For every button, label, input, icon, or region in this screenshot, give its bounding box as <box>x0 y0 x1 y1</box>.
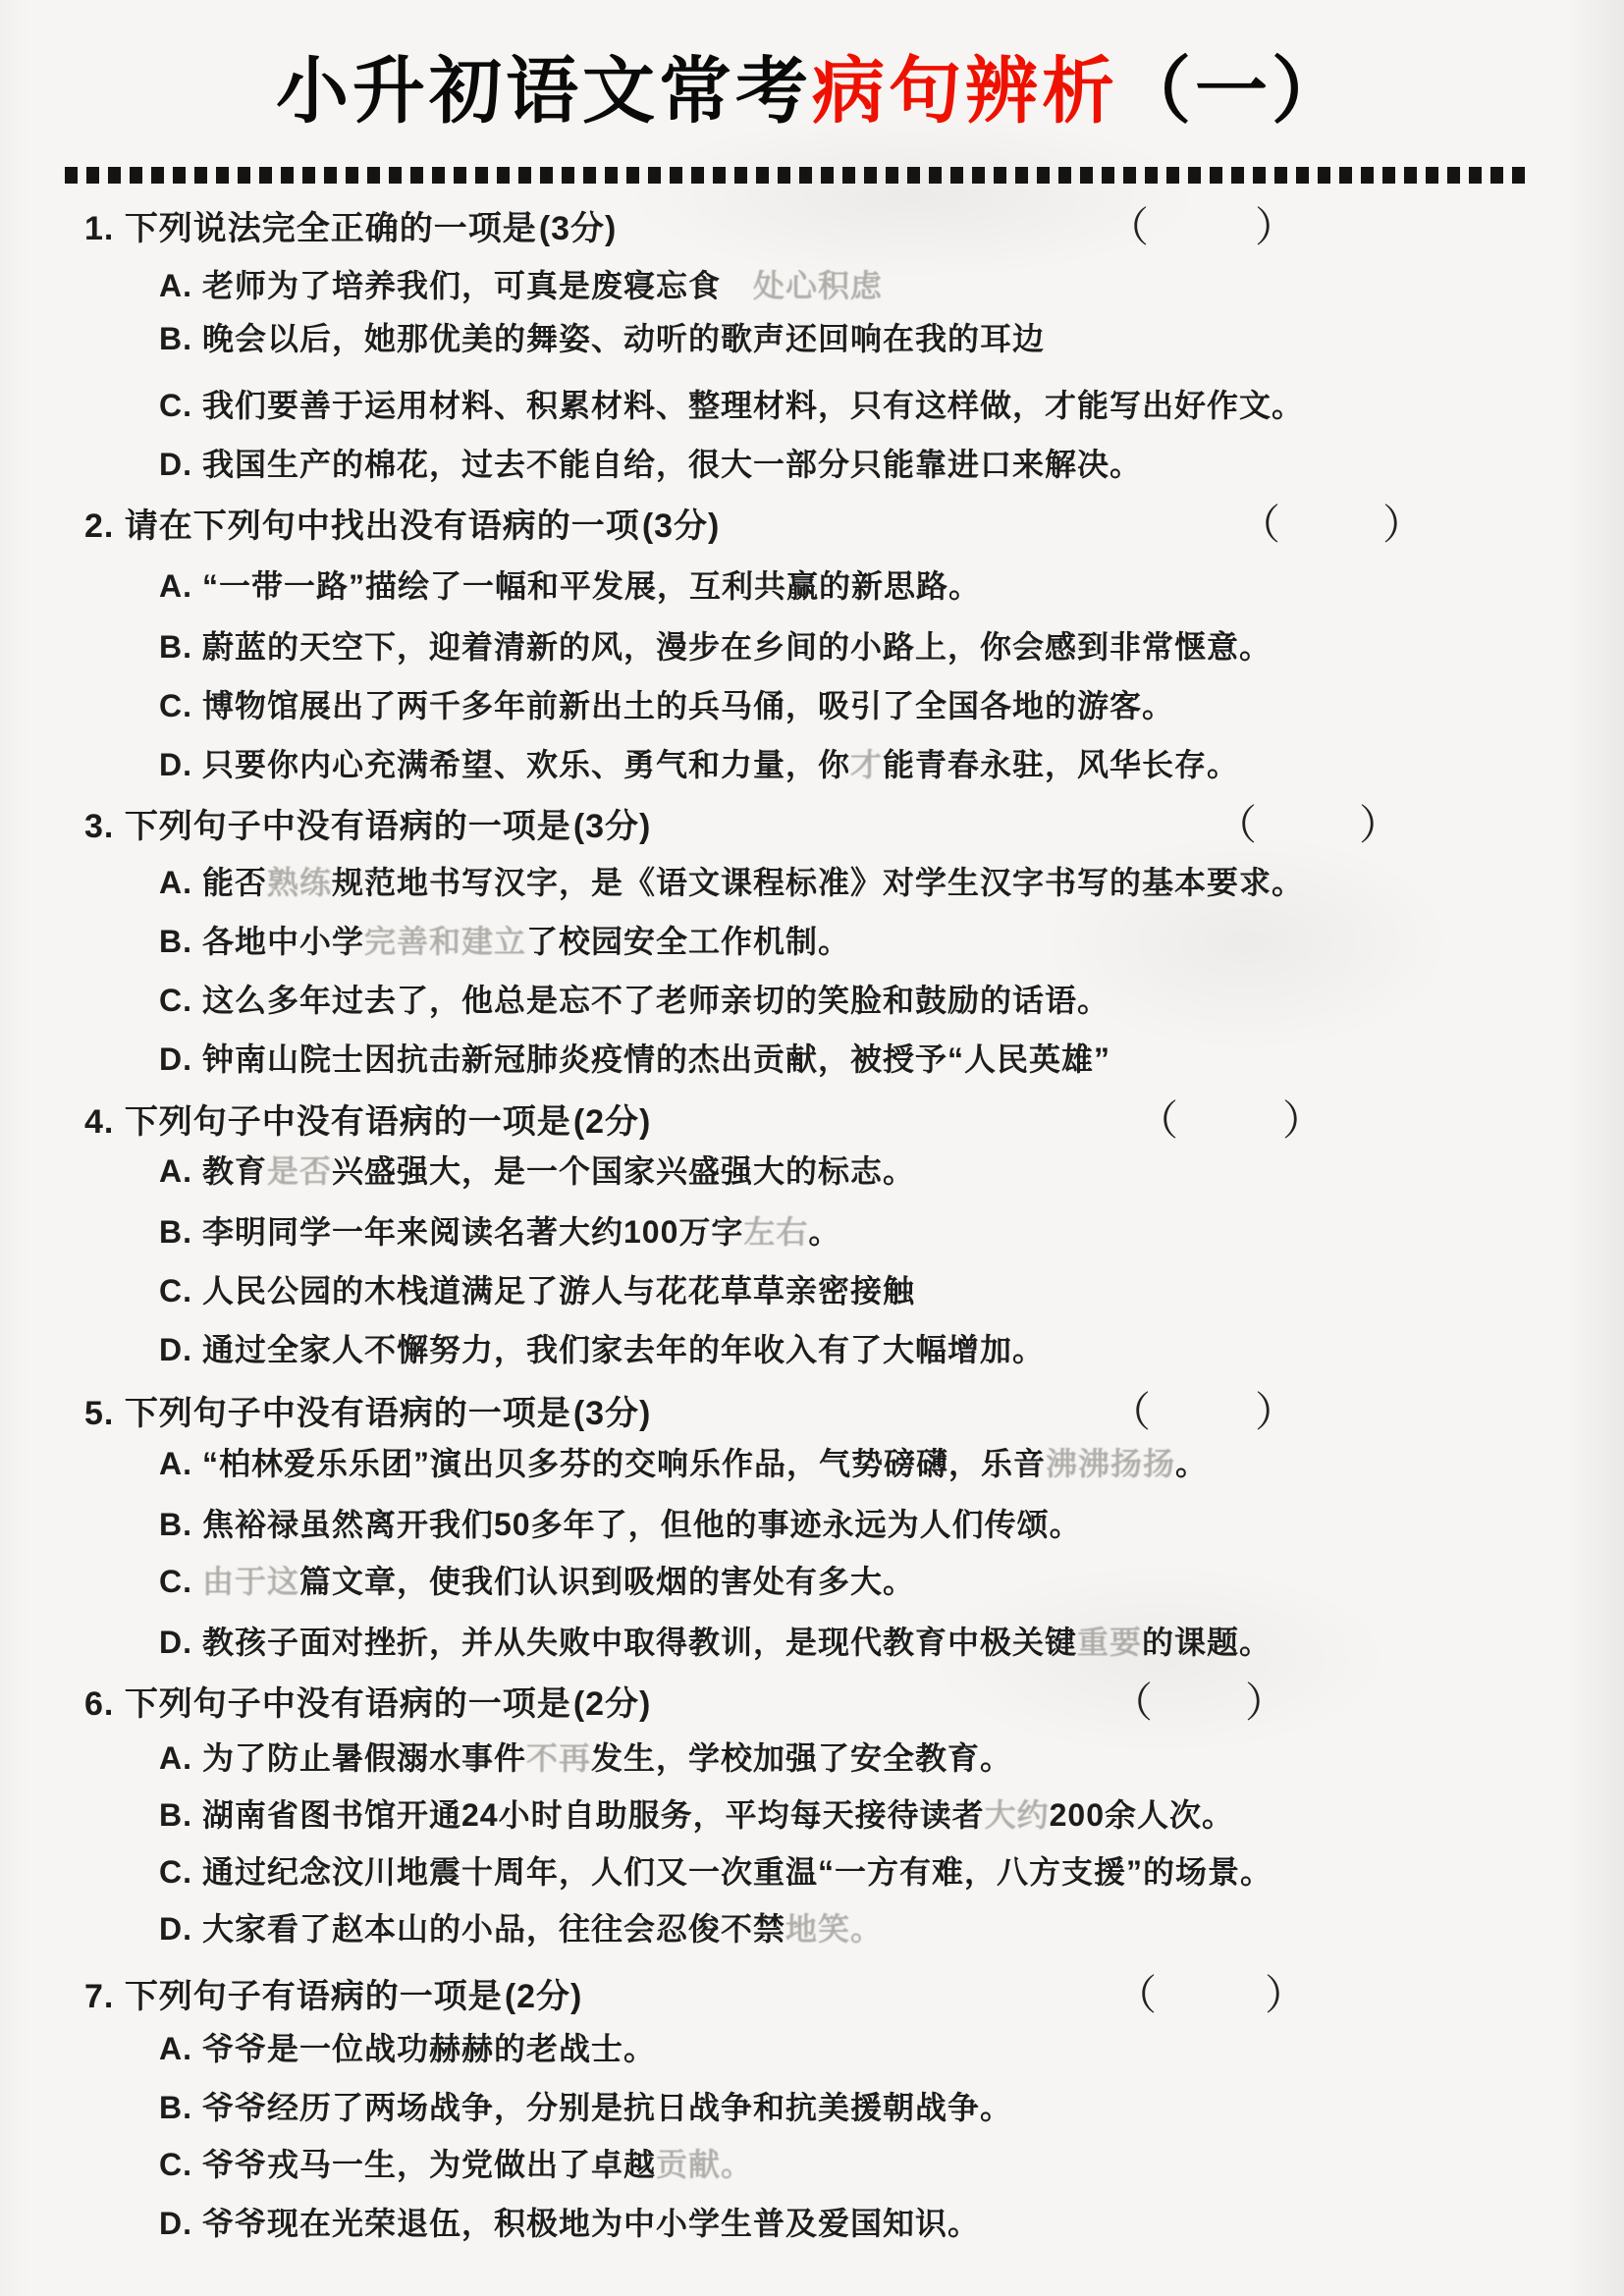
question-5-option-d: D.教孩子面对挫折，并从失败中取得教训，是现代教育中极关键重要的课题。 <box>159 1618 1272 1663</box>
question-7-option-c: C.爷爷戎马一生，为党做出了卓越贡献。 <box>159 2140 753 2185</box>
option-text: 发生，学校加强了安全教育。 <box>591 1740 1012 1776</box>
question-number: 2. <box>84 507 114 545</box>
title-black-segment: 小升初语文常考 <box>276 52 812 133</box>
option-text: “柏林爱乐乐团”演出贝多芬的交响乐作品，气势磅礴，乐音 <box>202 1446 1046 1481</box>
question-3-stem: 3. 下列句子中没有语病的一项是(3分) （ ） <box>84 799 1538 847</box>
question-3-option-d: D.钟南山院士因抗击新冠肺炎疫情的杰出贡献，被授予“人民英雄” <box>159 1035 1110 1080</box>
question-7-option-a: A.爷爷是一位战功赫赫的老战士。 <box>159 2024 656 2069</box>
option-text: 为了防止暑假溺水事件 <box>202 1740 526 1776</box>
option-text-faded: 才 <box>850 747 883 782</box>
option-text: 湖南省图书馆开通24小时自助服务，平均每天接待读者 <box>202 1797 985 1833</box>
option-text-faded: 熟练 <box>267 865 332 900</box>
option-text-faded: 是否 <box>267 1153 332 1189</box>
question-6-option-c: C.通过纪念汶川地震十周年，人们又一次重温“一方有难，八方支援”的场景。 <box>159 1847 1272 1893</box>
option-text: 教育 <box>202 1153 267 1189</box>
question-5-option-a: A.“柏林爱乐乐团”演出贝多芬的交响乐作品，气势磅礴，乐音沸沸扬扬。 <box>159 1439 1208 1484</box>
option-text-faded: 完善和建立 <box>364 924 526 959</box>
option-text-faded: 沸沸扬扬 <box>1046 1446 1175 1481</box>
question-score: (2分) <box>573 1685 652 1723</box>
question-text: 请在下列句中找出没有语病的一项 <box>125 507 640 545</box>
dotted-separator <box>65 167 1528 184</box>
option-label: C. <box>159 983 192 1018</box>
option-label: A. <box>159 1446 192 1481</box>
option-label: D. <box>159 2206 192 2241</box>
option-label: C. <box>159 388 192 423</box>
answer-bracket-close: ） <box>1359 793 1401 852</box>
option-text: 老师为了培养我们，可真是废寝忘食 <box>202 268 753 303</box>
option-text: 晚会以后，她那优美的舞姿、动听的歌声还回响在我的耳边 <box>202 321 1045 356</box>
option-text-faded: 不再 <box>526 1740 591 1776</box>
option-label: A. <box>159 568 192 604</box>
option-text: 焦裕禄虽然离开我们50多年了，但他的事迹永远为人们传颂。 <box>202 1507 1082 1542</box>
option-text: 我们要善于运用材料、积累材料、整理材料，只有这样做，才能写出好作文。 <box>202 388 1304 423</box>
question-2-stem: 2. 请在下列句中找出没有语病的一项(3分) （ ） <box>84 499 1538 547</box>
option-text: 只要你内心充满希望、欢乐、勇气和力量，你 <box>202 747 850 782</box>
question-2-option-a: A.“一带一路”描绘了一幅和平发展，互利共赢的新思路。 <box>159 561 981 607</box>
question-text: 下列句子中没有语病的一项是 <box>125 1395 571 1432</box>
option-text: 通过全家人不懈努力，我们家去年的年收入有了大幅增加。 <box>202 1332 1045 1367</box>
question-number: 4. <box>84 1103 114 1141</box>
option-label: D. <box>159 1332 192 1367</box>
option-text: 篇文章，使我们认识到吸烟的害处有多大。 <box>299 1564 915 1599</box>
question-4-option-c: C.人民公园的木栈道满足了游人与花花草草亲密接触 <box>159 1266 915 1311</box>
question-score: (2分) <box>573 1103 652 1141</box>
question-6-option-d: D.大家看了赵本山的小品，往往会忍俊不禁地笑。 <box>159 1904 883 1949</box>
question-7-option-d: D.爷爷现在光荣退伍，积极地为中小学生普及爱国知识。 <box>159 2199 980 2244</box>
option-label: B. <box>159 2090 192 2125</box>
answer-bracket-close: ） <box>1245 1671 1287 1730</box>
answer-bracket-open: （ <box>1111 1671 1154 1730</box>
option-label: A. <box>159 1153 192 1189</box>
option-label: B. <box>159 1507 192 1542</box>
option-label: B. <box>159 1797 192 1833</box>
option-label: D. <box>159 447 192 482</box>
question-4-option-a: A.教育是否兴盛强大，是一个国家兴盛强大的标志。 <box>159 1147 915 1192</box>
question-number: 6. <box>84 1685 114 1723</box>
question-1-option-d: D.我国生产的棉花，过去不能自给，很大一部分只能靠进口来解决。 <box>159 440 1142 485</box>
option-label: C. <box>159 1564 192 1599</box>
answer-bracket-close: ） <box>1255 1380 1297 1439</box>
option-text-faded: 重要 <box>1077 1625 1142 1660</box>
option-label: B. <box>159 924 192 959</box>
question-number: 1. <box>84 210 114 247</box>
question-1-option-b: B.晚会以后，她那优美的舞姿、动听的歌声还回响在我的耳边 <box>159 314 1045 359</box>
answer-bracket-open: （ <box>1216 793 1258 852</box>
question-7-option-b: B.爷爷经历了两场战争，分别是抗日战争和抗美援朝战争。 <box>159 2083 1012 2128</box>
answer-bracket-open: （ <box>1108 195 1150 254</box>
option-label: B. <box>159 629 192 665</box>
question-3-option-b: B.各地中小学完善和建立了校园安全工作机制。 <box>159 917 850 962</box>
question-text: 下列句子有语病的一项是 <box>125 1978 503 2015</box>
option-label: B. <box>159 321 192 356</box>
question-text: 下列句子中没有语病的一项是 <box>125 808 571 845</box>
question-text: 下列句子中没有语病的一项是 <box>125 1685 571 1723</box>
answer-bracket-close: ） <box>1282 1089 1325 1148</box>
option-text-faded: 左右 <box>743 1214 808 1250</box>
question-score: (3分) <box>573 808 652 845</box>
scanned-exam-page: 小升初语文常考病句辨析（一） 1. 下列说法完全正确的一项是(3分) （ ） A… <box>0 0 1624 2296</box>
option-text: 爷爷经历了两场战争，分别是抗日战争和抗美援朝战争。 <box>202 2090 1012 2125</box>
option-text-faded: 处心积虑 <box>753 268 883 303</box>
title-red-segment: 病句辨析 <box>812 52 1118 133</box>
answer-bracket-close: ） <box>1265 1963 1307 2022</box>
answer-bracket-open: （ <box>1110 1380 1152 1439</box>
question-5-stem: 5. 下列句子中没有语病的一项是(3分) （ ） <box>84 1386 1538 1434</box>
option-text: 能青春永驻，风华长存。 <box>883 747 1239 782</box>
option-label: D. <box>159 1625 192 1660</box>
option-label: A. <box>159 1740 192 1776</box>
question-6-option-b: B.湖南省图书馆开通24小时自助服务，平均每天接待读者大约200余人次。 <box>159 1790 1234 1836</box>
option-text: 能否 <box>202 865 267 900</box>
question-3-option-a: A.能否熟练规范地书写汉字，是《语文课程标准》对学生汉字书写的基本要求。 <box>159 858 1304 903</box>
question-number: 3. <box>84 808 114 845</box>
option-text: 兴盛强大，是一个国家兴盛强大的标志。 <box>332 1153 915 1189</box>
question-4-option-d: D.通过全家人不懈努力，我们家去年的年收入有了大幅增加。 <box>159 1325 1045 1370</box>
option-text: 大家看了赵本山的小品，往往会忍俊不禁 <box>202 1911 785 1947</box>
answer-bracket-open: （ <box>1239 493 1281 552</box>
question-score: (3分) <box>642 507 721 545</box>
answer-bracket-close: ） <box>1382 493 1425 552</box>
option-label: D. <box>159 1041 192 1077</box>
question-5-option-b: B.焦裕禄虽然离开我们50多年了，但他的事迹永远为人们传颂。 <box>159 1500 1082 1545</box>
option-label: D. <box>159 747 192 782</box>
option-label: D. <box>159 1911 192 1947</box>
option-text: 通过纪念汶川地震十周年，人们又一次重温“一方有难，八方支援”的场景。 <box>202 1854 1272 1890</box>
option-text: 爷爷是一位战功赫赫的老战士。 <box>202 2031 656 2066</box>
option-text: 教孩子面对挫折，并从失败中取得教训，是现代教育中极关键 <box>202 1625 1077 1660</box>
option-text: 人民公园的木栈道满足了游人与花花草草亲密接触 <box>202 1273 915 1308</box>
option-text-faded: 贡献。 <box>656 2147 753 2182</box>
option-text: 。 <box>1175 1446 1208 1481</box>
question-text: 下列句子中没有语病的一项是 <box>125 1103 571 1141</box>
option-label: A. <box>159 2031 192 2066</box>
question-number: 7. <box>84 1978 114 2015</box>
option-text: 了校园安全工作机制。 <box>526 924 850 959</box>
answer-bracket-close: ） <box>1255 195 1297 254</box>
option-text: 这么多年过去了，他总是忘不了老师亲切的笑脸和鼓励的话语。 <box>202 983 1110 1018</box>
option-text: 规范地书写汉字，是《语文课程标准》对学生汉字书写的基本要求。 <box>332 865 1304 900</box>
option-label: C. <box>159 1273 192 1308</box>
option-text: 200余人次。 <box>1050 1797 1234 1833</box>
option-label: C. <box>159 688 192 723</box>
option-label: B. <box>159 1214 192 1250</box>
option-text: 的课题。 <box>1142 1625 1272 1660</box>
option-label: C. <box>159 2147 192 2182</box>
answer-bracket-open: （ <box>1137 1089 1179 1148</box>
page-title: 小升初语文常考病句辨析（一） <box>0 33 1624 137</box>
question-5-option-c: C.由于这篇文章，使我们认识到吸烟的害处有多大。 <box>159 1557 915 1602</box>
question-2-option-b: B.蔚蓝的天空下，迎着清新的风，漫步在乡间的小路上，你会感到非常惬意。 <box>159 622 1272 667</box>
question-3-option-c: C.这么多年过去了，他总是忘不了老师亲切的笑脸和鼓励的话语。 <box>159 976 1110 1021</box>
option-text: 李明同学一年来阅读名著大约100万字 <box>202 1214 743 1250</box>
option-text: “一带一路”描绘了一幅和平发展，互利共赢的新思路。 <box>202 568 981 604</box>
question-7-stem: 7. 下列句子有语病的一项是(2分) （ ） <box>84 1969 1538 2017</box>
option-text-faded: 地笑。 <box>785 1911 883 1947</box>
answer-bracket-open: （ <box>1115 1963 1158 2022</box>
option-text-faded: 大约 <box>985 1797 1050 1833</box>
option-text: 爷爷戎马一生，为党做出了卓越 <box>202 2147 656 2182</box>
question-1-option-c: C.我们要善于运用材料、积累材料、整理材料，只有这样做，才能写出好作文。 <box>159 381 1304 426</box>
option-text-faded: 由于这 <box>202 1564 299 1599</box>
option-label: A. <box>159 865 192 900</box>
question-1-option-a: A.老师为了培养我们，可真是废寝忘食 处心积虑 <box>159 261 883 306</box>
title-suffix-segment: （一） <box>1118 52 1348 133</box>
option-label: C. <box>159 1854 192 1890</box>
option-label: A. <box>159 268 192 303</box>
option-text: 各地中小学 <box>202 924 364 959</box>
option-text: 蔚蓝的天空下，迎着清新的风，漫步在乡间的小路上，你会感到非常惬意。 <box>202 629 1272 665</box>
question-4-stem: 4. 下列句子中没有语病的一项是(2分) （ ） <box>84 1095 1538 1143</box>
question-number: 5. <box>84 1395 114 1432</box>
option-text: 我国生产的棉花，过去不能自给，很大一部分只能靠进口来解决。 <box>202 447 1142 482</box>
question-score: (3分) <box>539 210 618 247</box>
question-1-stem: 1. 下列说法完全正确的一项是(3分) （ ） <box>84 201 1538 249</box>
question-4-option-b: B.李明同学一年来阅读名著大约100万字左右。 <box>159 1207 840 1253</box>
option-text: 爷爷现在光荣退伍，积极地为中小学生普及爱国知识。 <box>202 2206 980 2241</box>
question-2-option-c: C.博物馆展出了两千多年前新出土的兵马俑，吸引了全国各地的游客。 <box>159 681 1174 726</box>
question-text: 下列说法完全正确的一项是 <box>125 210 537 247</box>
question-6-stem: 6. 下列句子中没有语病的一项是(2分) （ ） <box>84 1677 1538 1725</box>
option-text: 。 <box>808 1214 840 1250</box>
question-2-option-d: D.只要你内心充满希望、欢乐、勇气和力量，你才能青春永驻，风华长存。 <box>159 740 1239 785</box>
question-6-option-a: A.为了防止暑假溺水事件不再发生，学校加强了安全教育。 <box>159 1734 1012 1779</box>
option-text: 钟南山院士因抗击新冠肺炎疫情的杰出贡献，被授予“人民英雄” <box>202 1041 1110 1077</box>
question-score: (2分) <box>505 1978 583 2015</box>
option-text: 博物馆展出了两千多年前新出土的兵马俑，吸引了全国各地的游客。 <box>202 688 1174 723</box>
question-score: (3分) <box>573 1395 652 1432</box>
